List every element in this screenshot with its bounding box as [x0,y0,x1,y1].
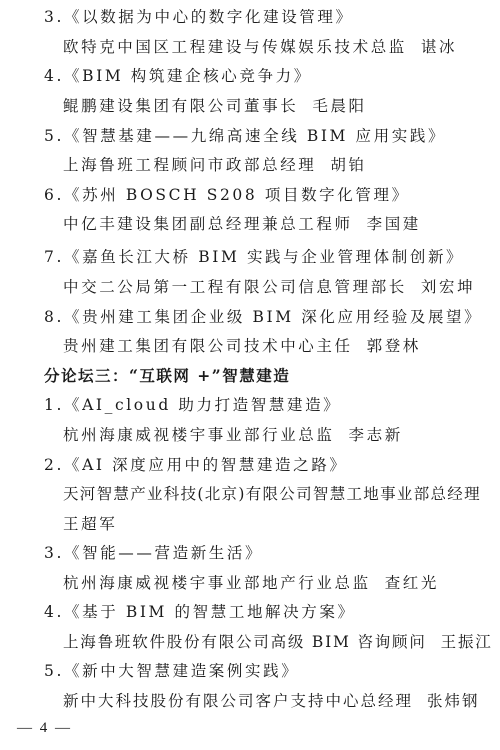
speaker-name: 李国建 [367,215,421,233]
speaker-org: 上海鲁班工程顾问市政部总经理 [63,156,316,174]
talk-title: 1.《AI_cloud 助力打造智慧建造》 [44,395,341,415]
talk-title: 5.《智慧基建——九绵高速全线 BIM 应用实践》 [44,126,446,146]
speaker-line: 新中大科技股份有限公司客户支持中心总经理张炜钢 [63,691,480,711]
section-heading: 分论坛三：“互联网 +”智慧建造 [44,366,290,386]
item-number: 2. [44,456,64,474]
talk-title: 2.《AI 深度应用中的智慧建造之路》 [44,455,347,475]
speaker-name: 刘宏坤 [421,278,475,296]
talk-title: 4.《基于 BIM 的智慧工地解决方案》 [44,602,356,622]
speaker-name: 李志新 [349,426,403,444]
speaker-line: 欧特克中国区工程建设与传媒娱乐技术总监谌冰 [63,37,457,57]
talk-title-text: 《基于 BIM 的智慧工地解决方案》 [64,603,356,621]
speaker-org: 欧特克中国区工程建设与传媒娱乐技术总监 [63,38,407,56]
talk-title: 8.《贵州建工集团企业级 BIM 深化应用经验及展望》 [44,307,482,327]
speaker-org: 中交二公局第一工程有限公司信息管理部长 [63,278,407,296]
speaker-org: 杭州海康威视楼宇事业部地产行业总监 [63,574,371,592]
talk-title-text: 《贵州建工集团企业级 BIM 深化应用经验及展望》 [64,308,482,326]
speaker-name-line: 王超军 [63,514,117,534]
item-number: 6. [44,186,64,204]
speaker-line: 杭州海康威视楼宇事业部行业总监李志新 [63,425,403,445]
speaker-name: 张炜钢 [427,692,480,710]
talk-title-text: 《苏州 BOSCH S208 项目数字化管理》 [64,186,410,204]
speaker-name: 毛晨阳 [312,97,366,115]
talk-title-text: 《智能——营造新生活》 [64,544,263,562]
speaker-name: 胡铂 [330,156,366,174]
speaker-line: 贵州建工集团有限公司技术中心主任郭登林 [63,336,421,356]
item-number: 3. [44,544,64,562]
item-number: 7. [44,248,64,266]
item-number: 5. [44,127,64,145]
talk-title-text: 《新中大智慧建造案例实践》 [64,662,299,680]
speaker-org: 天河智慧产业科技(北京)有限公司智慧工地事业部总经理 [63,485,481,503]
speaker-name: 王振江 [441,633,493,651]
talk-title: 6.《苏州 BOSCH S208 项目数字化管理》 [44,185,410,205]
speaker-line: 鲲鹏建设集团有限公司董事长毛晨阳 [63,96,367,116]
talk-title-text: 《嘉鱼长江大桥 BIM 实践与企业管理体制创新》 [64,248,464,266]
talk-title-text: 《AI_cloud 助力打造智慧建造》 [64,396,341,414]
talk-title-text: 《智慧基建——九绵高速全线 BIM 应用实践》 [64,127,446,145]
page-number: — 4 — [17,720,72,737]
item-number: 3. [44,8,64,26]
speaker-line: 中交二公局第一工程有限公司信息管理部长刘宏坤 [63,277,475,297]
item-number: 1. [44,396,64,414]
talk-title: 4.《BIM 构筑建企核心竞争力》 [44,66,312,86]
speaker-org: 中亿丰建设集团副总经理兼总工程师 [63,215,353,233]
item-number: 4. [44,67,64,85]
talk-title-text: 《以数据为中心的数字化建设管理》 [64,8,354,26]
talk-title: 5.《新中大智慧建造案例实践》 [44,661,299,681]
speaker-line: 天河智慧产业科技(北京)有限公司智慧工地事业部总经理 [63,484,481,504]
document-page: 3.《以数据为中心的数字化建设管理》 欧特克中国区工程建设与传媒娱乐技术总监谌冰… [0,0,500,750]
talk-title: 7.《嘉鱼长江大桥 BIM 实践与企业管理体制创新》 [44,247,464,267]
item-number: 5. [44,662,64,680]
speaker-name: 郭登林 [367,337,421,355]
speaker-line: 上海鲁班软件股份有限公司高级 BIM 咨询顾问王振江 [63,632,493,652]
item-number: 8. [44,308,64,326]
speaker-org: 新中大科技股份有限公司客户支持中心总经理 [63,692,413,710]
speaker-org: 贵州建工集团有限公司技术中心主任 [63,337,353,355]
speaker-line: 杭州海康威视楼宇事业部地产行业总监查红光 [63,573,439,593]
talk-title: 3.《智能——营造新生活》 [44,543,263,563]
speaker-name: 谌冰 [421,38,457,56]
talk-title-text: 《BIM 构筑建企核心竞争力》 [64,67,312,85]
item-number: 4. [44,603,64,621]
speaker-line: 上海鲁班工程顾问市政部总经理胡铂 [63,155,367,175]
talk-title-text: 《AI 深度应用中的智慧建造之路》 [64,456,347,474]
speaker-org: 上海鲁班软件股份有限公司高级 BIM 咨询顾问 [63,633,427,651]
speaker-line: 中亿丰建设集团副总经理兼总工程师李国建 [63,214,421,234]
speaker-org: 鲲鹏建设集团有限公司董事长 [63,97,298,115]
talk-title: 3.《以数据为中心的数字化建设管理》 [44,7,354,27]
speaker-name: 查红光 [385,574,439,592]
speaker-org: 杭州海康威视楼宇事业部行业总监 [63,426,335,444]
speaker-name: 王超军 [63,515,117,533]
